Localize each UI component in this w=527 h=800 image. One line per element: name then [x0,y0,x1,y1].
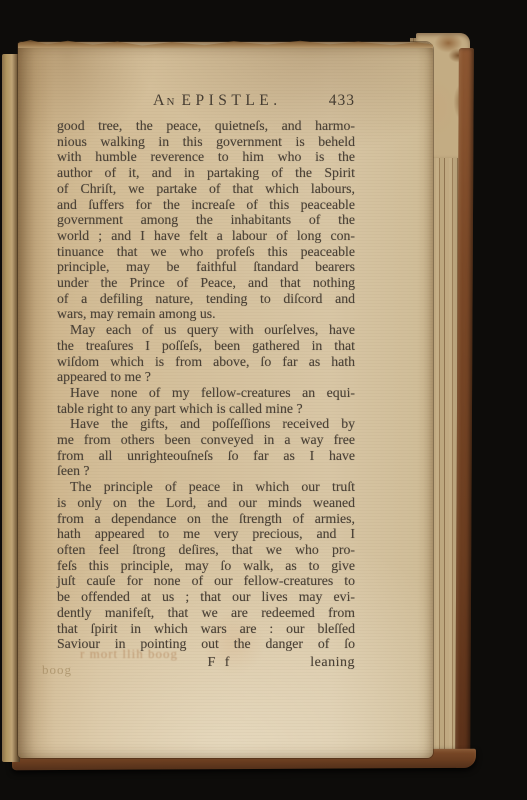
page-number: 433 [329,92,355,110]
text-line: The principle of peace in which our truſ… [57,479,355,495]
book-scan: AnEPISTLE. 433 good tree, the peace, qui… [0,0,527,800]
text-line: May each of us query with ourſelves, hav… [57,322,355,338]
text-line: author of it, and in partaking of the Sp… [57,165,355,181]
page-torn-top-edge [18,40,433,48]
text-line: often feel ſtrong deſires, that we who p… [57,542,355,558]
text-line: from all unrighteouſneſs ſo far as I hav… [57,448,355,464]
text-line: of Chriſt, we partake of that which labo… [57,181,355,197]
text-line: Have none of my fellow-creatures an equi… [57,385,355,401]
text-line: wiſdom which is from above, ſo far as ha… [57,354,355,370]
text-line: good tree, the peace, quietneſs, and har… [57,118,355,134]
text-line: dently manifeſt, that we are redeemed fr… [57,605,355,621]
text-line: nious walking in this government is behe… [57,134,355,150]
text-line: under the Prince of Peace, and that noth… [57,275,355,291]
text-line: the treaſures I poſſeſs, been gathered i… [57,338,355,354]
text-line: tinuance that we who profeſs this peacea… [57,244,355,260]
text-line: wars, may remain among us. [57,306,355,322]
text-line: government among the inhabitants of the [57,212,355,228]
text-line: be offended at us ; that our lives may e… [57,589,355,605]
text-line: of a defiling nature, tending to diſcord… [57,291,355,307]
text-line: feſs this principle, may ſo walk, as to … [57,558,355,574]
catchword: leaning [218,655,355,671]
footer-line: F f leaning [57,655,355,671]
book-cover-right-edge [455,48,474,768]
text-line: with humble reverence to him who is the [57,149,355,165]
signature-mark: F f [208,655,233,671]
header-title-group: AnEPISTLE. [57,92,329,110]
text-line: that ſpirit in which wars are : our bleſ… [57,621,355,637]
text-line: is only on the Lord, and our minds weane… [57,495,355,511]
header-title: EPISTLE. [182,92,282,109]
text-line: table right to any part which is called … [57,401,355,417]
header-article: An [153,92,177,109]
book-page: AnEPISTLE. 433 good tree, the peace, qui… [18,42,433,758]
text-block: good tree, the peace, quietneſs, and har… [57,118,355,652]
text-line: from a dependance on the ſtrength of arm… [57,511,355,527]
text-line: world ; and I have felt a labour of long… [57,228,355,244]
text-line: hath appeared to me very precious, and I [57,526,355,542]
text-line: appeared to me ? [57,369,355,385]
text-line: and ſuffers for the increaſe of this pea… [57,197,355,213]
text-line: Have the gifts, and poſſeſſions received… [57,416,355,432]
running-header: AnEPISTLE. 433 [57,92,355,112]
text-line: Saviour in pointing out the danger of ſo [57,636,355,652]
text-line: ſeen ? [57,463,355,479]
text-line: me from others been conveyed in a way fr… [57,432,355,448]
text-line: principle, may be faithful ſtandard bear… [57,259,355,275]
text-line: juſt cauſe for none of our fellow-creatu… [57,573,355,589]
